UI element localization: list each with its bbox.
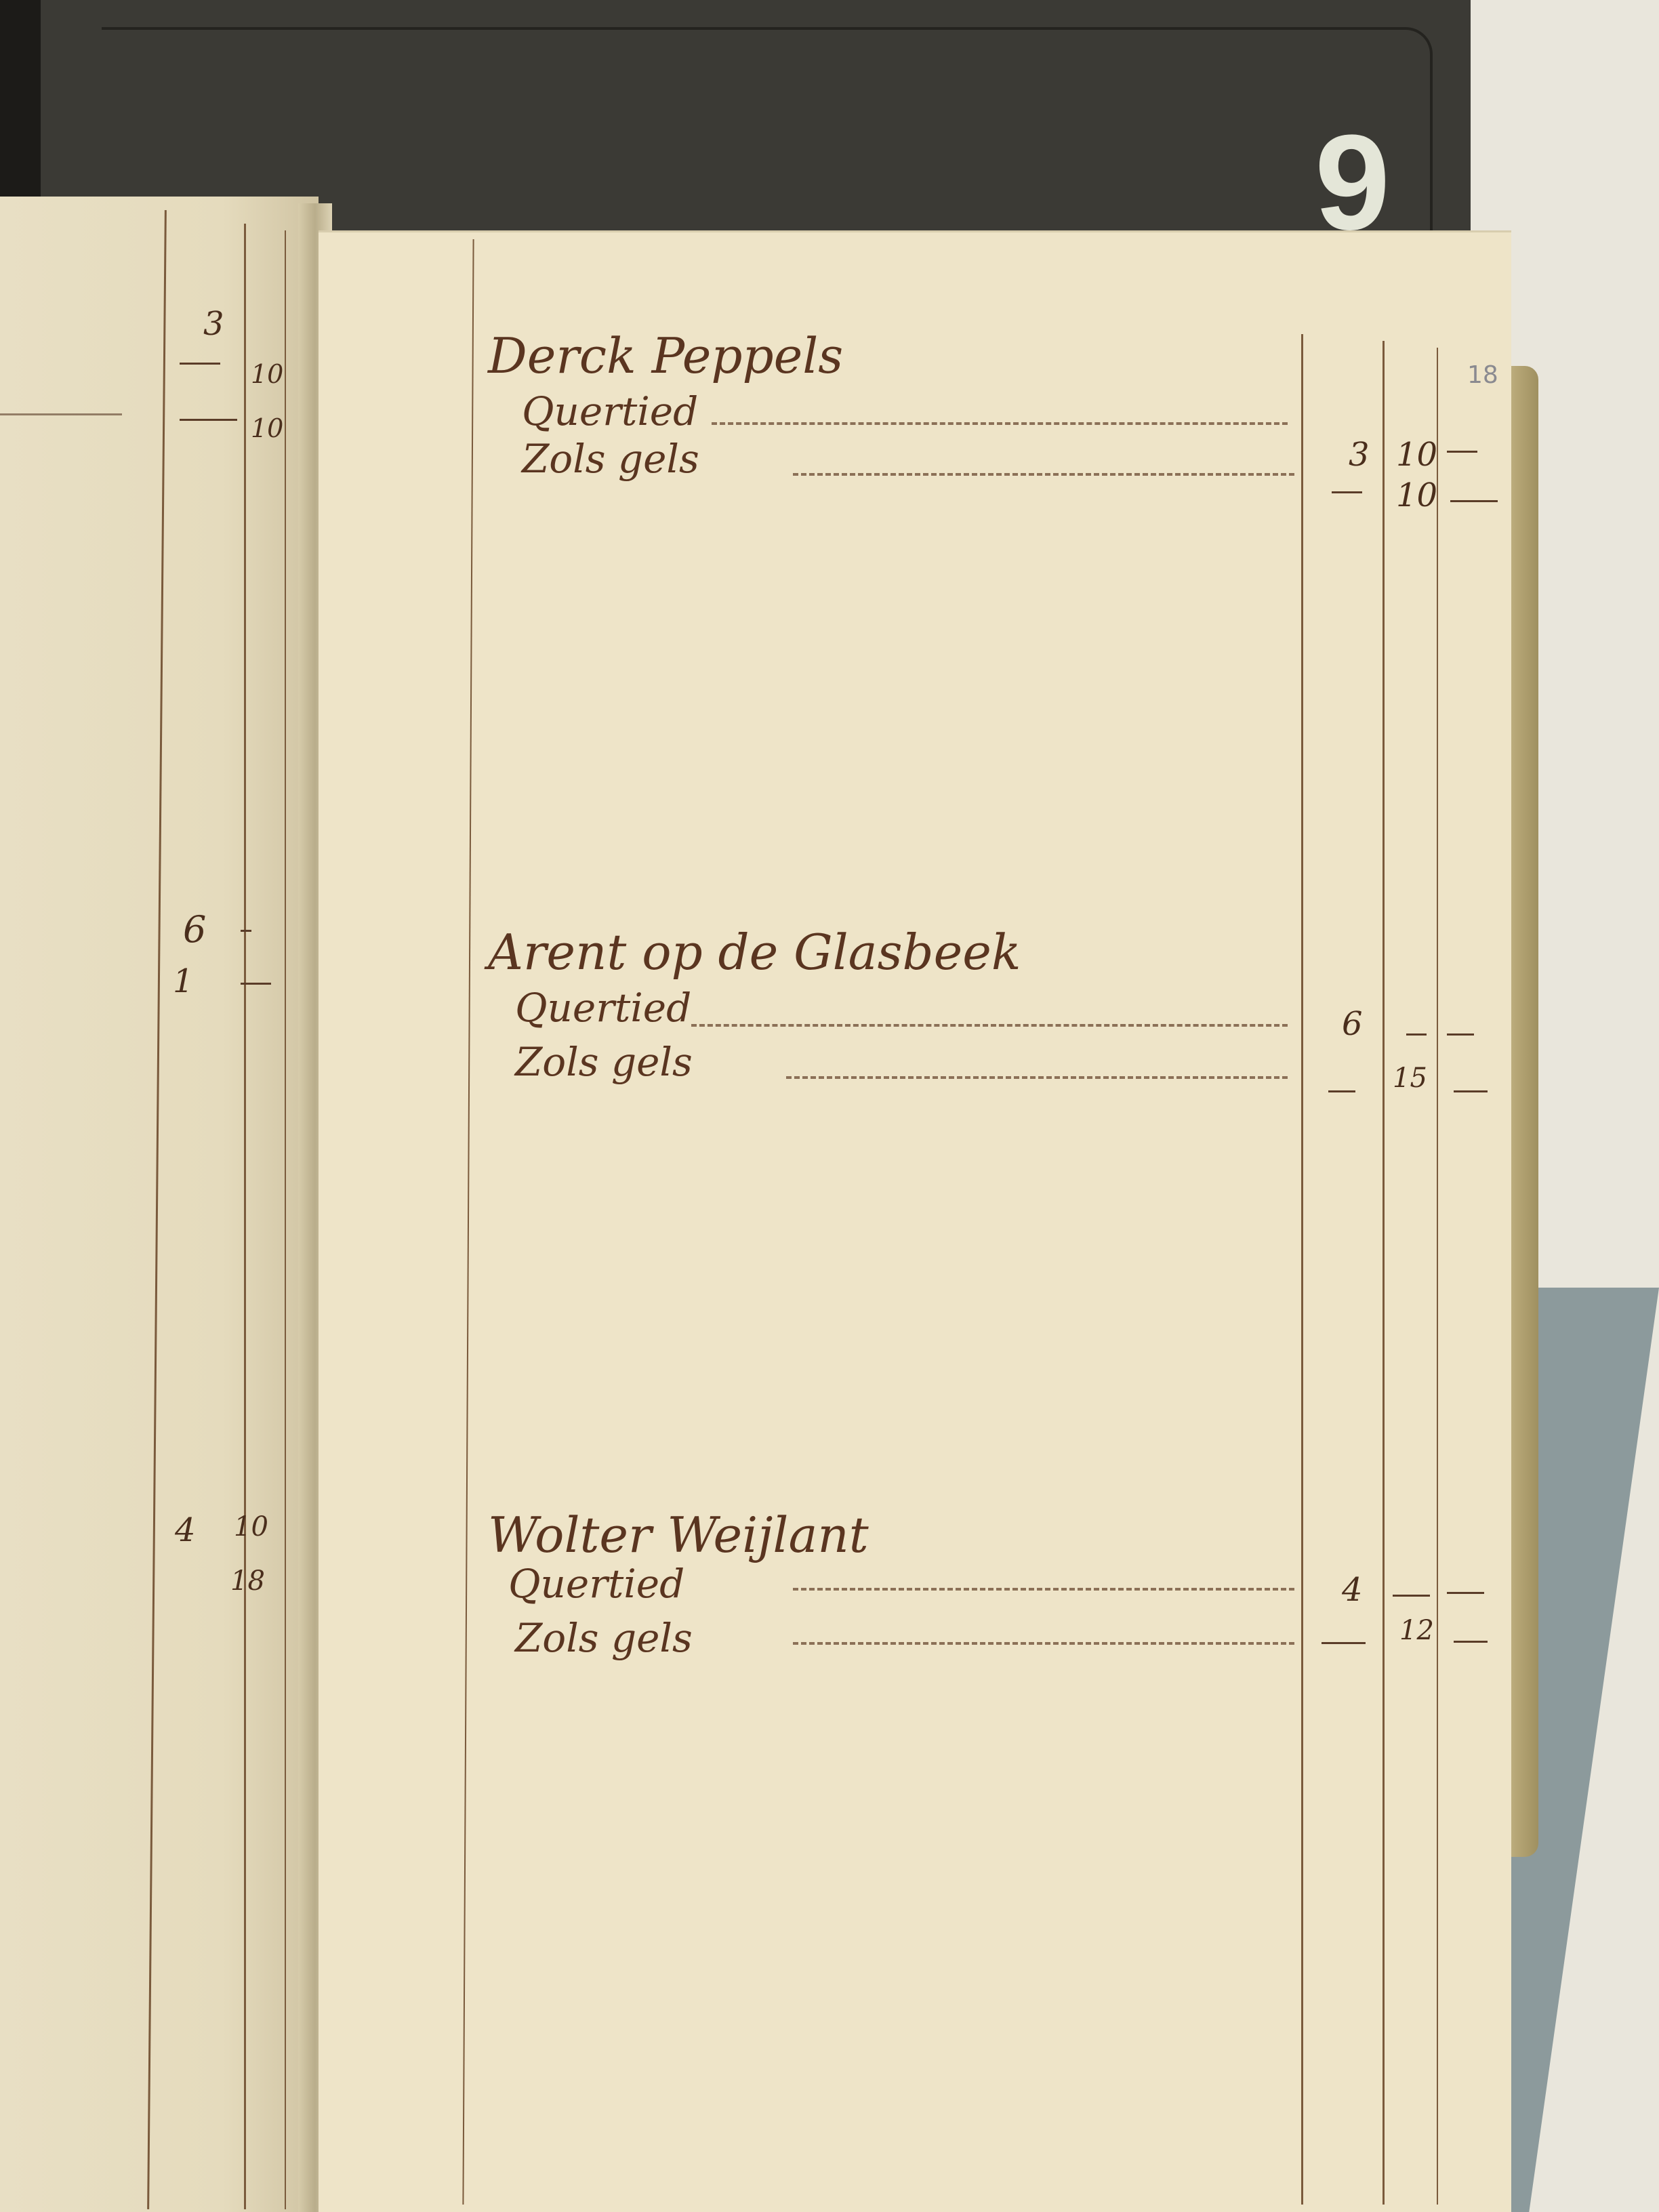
leader-dots	[691, 1024, 1288, 1027]
stuivers-dash	[1393, 1595, 1430, 1597]
guilders-value: 4	[1342, 1571, 1363, 1609]
entry-name: Wolter Weijlant	[488, 1507, 869, 1563]
left-guilders: 6	[183, 908, 206, 951]
left-stuivers: 10	[251, 413, 283, 443]
guilders-value: 6	[1342, 1005, 1363, 1043]
entry-line-label: Zols gels	[515, 1615, 693, 1661]
penningen-dash	[1454, 1641, 1488, 1643]
left-guilders: 4	[175, 1511, 196, 1549]
penningen-dash	[1450, 500, 1498, 502]
entry-line-label: Quertied	[522, 388, 698, 434]
leader-dots	[0, 413, 122, 415]
entry-line-label: Zols gels	[515, 1039, 693, 1085]
stuivers-value: 15	[1393, 1063, 1427, 1094]
stuivers-dash	[1406, 1033, 1427, 1036]
leader-dots	[793, 473, 1294, 476]
stuivers-value: 10	[1396, 476, 1437, 514]
leader-dots	[793, 1588, 1294, 1591]
entry-line-label: Zols gels	[522, 436, 699, 482]
left-guilders: 1	[173, 962, 194, 1000]
entry-name: Derck Peppels	[488, 327, 843, 384]
penningen-dash	[1447, 1033, 1474, 1036]
dash	[241, 983, 271, 985]
guilders-value: 3	[1349, 436, 1370, 474]
entry-line-label: Quertied	[508, 1561, 684, 1607]
penningen-column-rule	[1437, 348, 1438, 2205]
left-stuivers: 10	[234, 1511, 268, 1542]
left-guilders: 3	[203, 305, 224, 343]
guilders-dash	[1332, 491, 1362, 493]
folio-pencil-number: 18	[1467, 361, 1498, 389]
guilders-column-rule	[1301, 334, 1303, 2205]
stuivers-value: 10	[1396, 436, 1437, 474]
left-stuivers: 18	[230, 1565, 265, 1597]
penningen-dash	[1447, 1592, 1484, 1594]
penningen-dash	[1454, 1090, 1488, 1092]
dash	[180, 419, 237, 421]
dash	[241, 930, 251, 932]
margin-rule	[462, 239, 474, 2205]
leader-dots	[712, 422, 1288, 425]
column-rule	[244, 224, 246, 2209]
stuivers-value: 12	[1399, 1615, 1434, 1646]
stuivers-column-rule	[1382, 341, 1385, 2205]
guilders-dash	[1322, 1642, 1366, 1644]
guilders-dash	[1328, 1090, 1355, 1092]
column-rule	[285, 230, 286, 2209]
dash	[180, 363, 220, 365]
left-page: 3 10 10 6 1 4 10 18	[0, 197, 319, 2212]
leader-dots	[793, 1642, 1294, 1645]
left-stuivers: 10	[251, 359, 283, 389]
right-page: 18 Derck Peppels Quertied 3 10 Zols gels…	[319, 230, 1511, 2212]
entry-line-label: Quertied	[515, 985, 691, 1031]
entry-name: Arent op de Glasbeek	[488, 924, 1021, 981]
column-rule	[147, 210, 167, 2209]
leader-dots	[786, 1076, 1288, 1079]
penningen-dash	[1447, 451, 1477, 453]
